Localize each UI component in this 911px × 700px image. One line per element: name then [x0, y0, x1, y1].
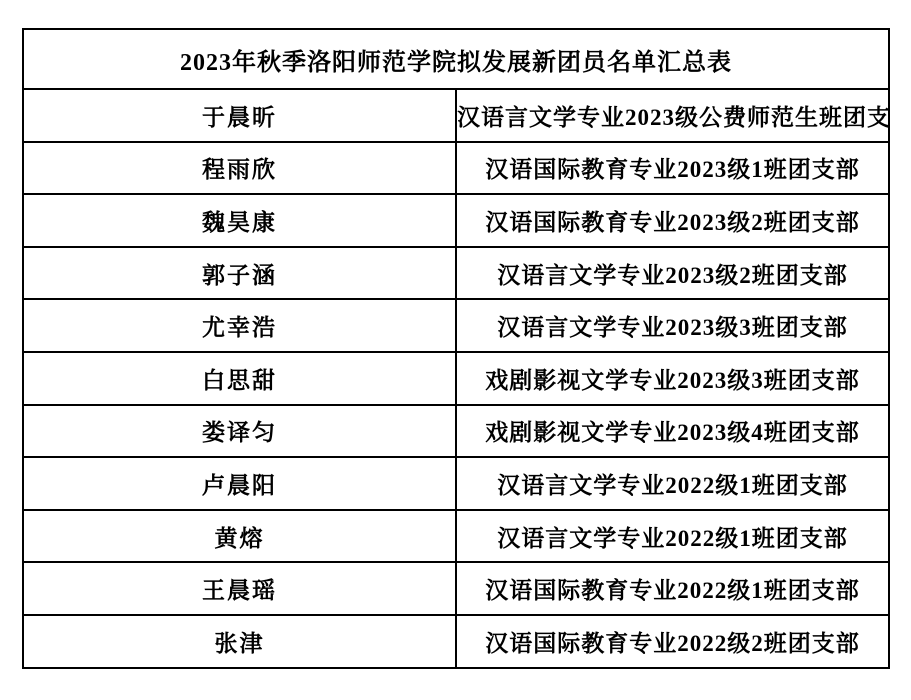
- league-branch-cell: 汉语言文学专业2023级公费师范生班团支部: [456, 89, 889, 142]
- member-name-cell: 黄熔: [23, 510, 456, 563]
- league-branch-cell: 汉语国际教育专业2022级2班团支部: [456, 615, 889, 668]
- table-row: 娄译匀 戏剧影视文学专业2023级4班团支部: [23, 405, 889, 458]
- member-name-cell: 王晨瑶: [23, 562, 456, 615]
- league-branch-cell: 汉语言文学专业2022级1班团支部: [456, 510, 889, 563]
- member-name-cell: 白思甜: [23, 352, 456, 405]
- league-branch-cell: 戏剧影视文学专业2023级3班团支部: [456, 352, 889, 405]
- member-name-cell: 张津: [23, 615, 456, 668]
- table-row: 程雨欣 汉语国际教育专业2023级1班团支部: [23, 142, 889, 195]
- table-title: 2023年秋季洛阳师范学院拟发展新团员名单汇总表: [23, 29, 889, 89]
- table-row: 王晨瑶 汉语国际教育专业2022级1班团支部: [23, 562, 889, 615]
- league-branch-cell: 汉语言文学专业2022级1班团支部: [456, 457, 889, 510]
- league-branch-cell: 戏剧影视文学专业2023级4班团支部: [456, 405, 889, 458]
- table-row: 卢晨阳 汉语言文学专业2022级1班团支部: [23, 457, 889, 510]
- member-name-cell: 程雨欣: [23, 142, 456, 195]
- table-row: 白思甜 戏剧影视文学专业2023级3班团支部: [23, 352, 889, 405]
- roster-table: 2023年秋季洛阳师范学院拟发展新团员名单汇总表 于晨昕 汉语言文学专业2023…: [22, 28, 890, 669]
- league-branch-cell: 汉语国际教育专业2023级2班团支部: [456, 194, 889, 247]
- league-branch-cell: 汉语国际教育专业2022级1班团支部: [456, 562, 889, 615]
- table-row: 魏昊康 汉语国际教育专业2023级2班团支部: [23, 194, 889, 247]
- member-name-cell: 尤幸浩: [23, 299, 456, 352]
- member-name-cell: 于晨昕: [23, 89, 456, 142]
- league-branch-cell: 汉语言文学专业2023级3班团支部: [456, 299, 889, 352]
- league-branch-cell: 汉语国际教育专业2023级1班团支部: [456, 142, 889, 195]
- table-row: 于晨昕 汉语言文学专业2023级公费师范生班团支部: [23, 89, 889, 142]
- table-row: 尤幸浩 汉语言文学专业2023级3班团支部: [23, 299, 889, 352]
- roster-table-head: 2023年秋季洛阳师范学院拟发展新团员名单汇总表: [23, 29, 889, 89]
- league-branch-cell: 汉语言文学专业2023级2班团支部: [456, 247, 889, 300]
- member-name-cell: 郭子涵: [23, 247, 456, 300]
- member-name-cell: 魏昊康: [23, 194, 456, 247]
- title-row: 2023年秋季洛阳师范学院拟发展新团员名单汇总表: [23, 29, 889, 89]
- member-name-cell: 卢晨阳: [23, 457, 456, 510]
- table-row: 张津 汉语国际教育专业2022级2班团支部: [23, 615, 889, 668]
- table-row: 郭子涵 汉语言文学专业2023级2班团支部: [23, 247, 889, 300]
- roster-table-container: 2023年秋季洛阳师范学院拟发展新团员名单汇总表 于晨昕 汉语言文学专业2023…: [22, 28, 890, 669]
- roster-table-body: 于晨昕 汉语言文学专业2023级公费师范生班团支部 程雨欣 汉语国际教育专业20…: [23, 89, 889, 668]
- table-row: 黄熔 汉语言文学专业2022级1班团支部: [23, 510, 889, 563]
- member-name-cell: 娄译匀: [23, 405, 456, 458]
